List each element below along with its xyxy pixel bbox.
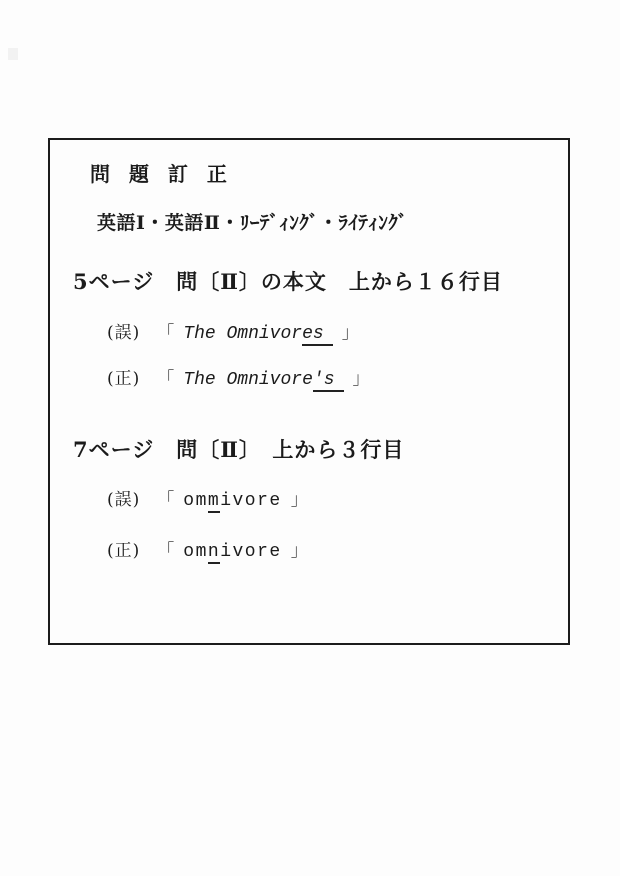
correction-2-correct-line: (正) 「 omnivore 」 [107,536,308,562]
open-quote: 「 [157,536,174,561]
close-quote: 」 [353,364,370,389]
correction-2-wrong-line: (誤) 「 ommivore 」 [107,485,308,511]
wrong-text: The Omnivores [183,324,332,344]
open-quote: 「 [157,318,174,343]
correct-text: The Omnivore's [183,370,343,390]
correction-notice-box: 問 題 訂 正 英語Ⅰ・英語Ⅱ・ﾘｰﾃﾞｨﾝｸﾞ・ﾗｲﾃｨﾝｸﾞ 5ページ 問〔… [48,138,570,645]
underlined-error: es [302,324,333,346]
correct-label: (正) [107,536,140,561]
close-quote: 」 [342,318,359,343]
close-quote: 」 [291,485,308,510]
page-title: 問 題 訂 正 [90,158,233,187]
underlined-error: m [208,491,220,513]
close-quote: 」 [291,536,308,561]
underlined-fix: 's [313,370,344,392]
correct-text: omnivore [183,542,281,562]
subject-line: 英語Ⅰ・英語Ⅱ・ﾘｰﾃﾞｨﾝｸﾞ・ﾗｲﾃｨﾝｸﾞ [97,208,408,235]
scanned-page: { "page": { "background": "#fdfdfd", "bo… [0,0,620,876]
correction-1-correct-line: (正) 「 The Omnivore's 」 [107,364,370,390]
correction-2-location: 7ページ 問〔Ⅱ〕 上から３行目 [73,434,404,464]
underlined-fix: n [208,542,220,564]
wrong-label: (誤) [107,485,140,510]
wrong-text: ommivore [183,491,281,511]
wrong-label: (誤) [107,318,140,343]
open-quote: 「 [157,485,174,510]
open-quote: 「 [157,364,174,389]
correct-label: (正) [107,364,140,389]
correction-1-location: 5ページ 問〔Ⅱ〕の本文 上から１６行目 [73,266,503,296]
correction-1-wrong-line: (誤) 「 The Omnivores 」 [107,318,359,344]
scan-artifact [8,48,18,60]
